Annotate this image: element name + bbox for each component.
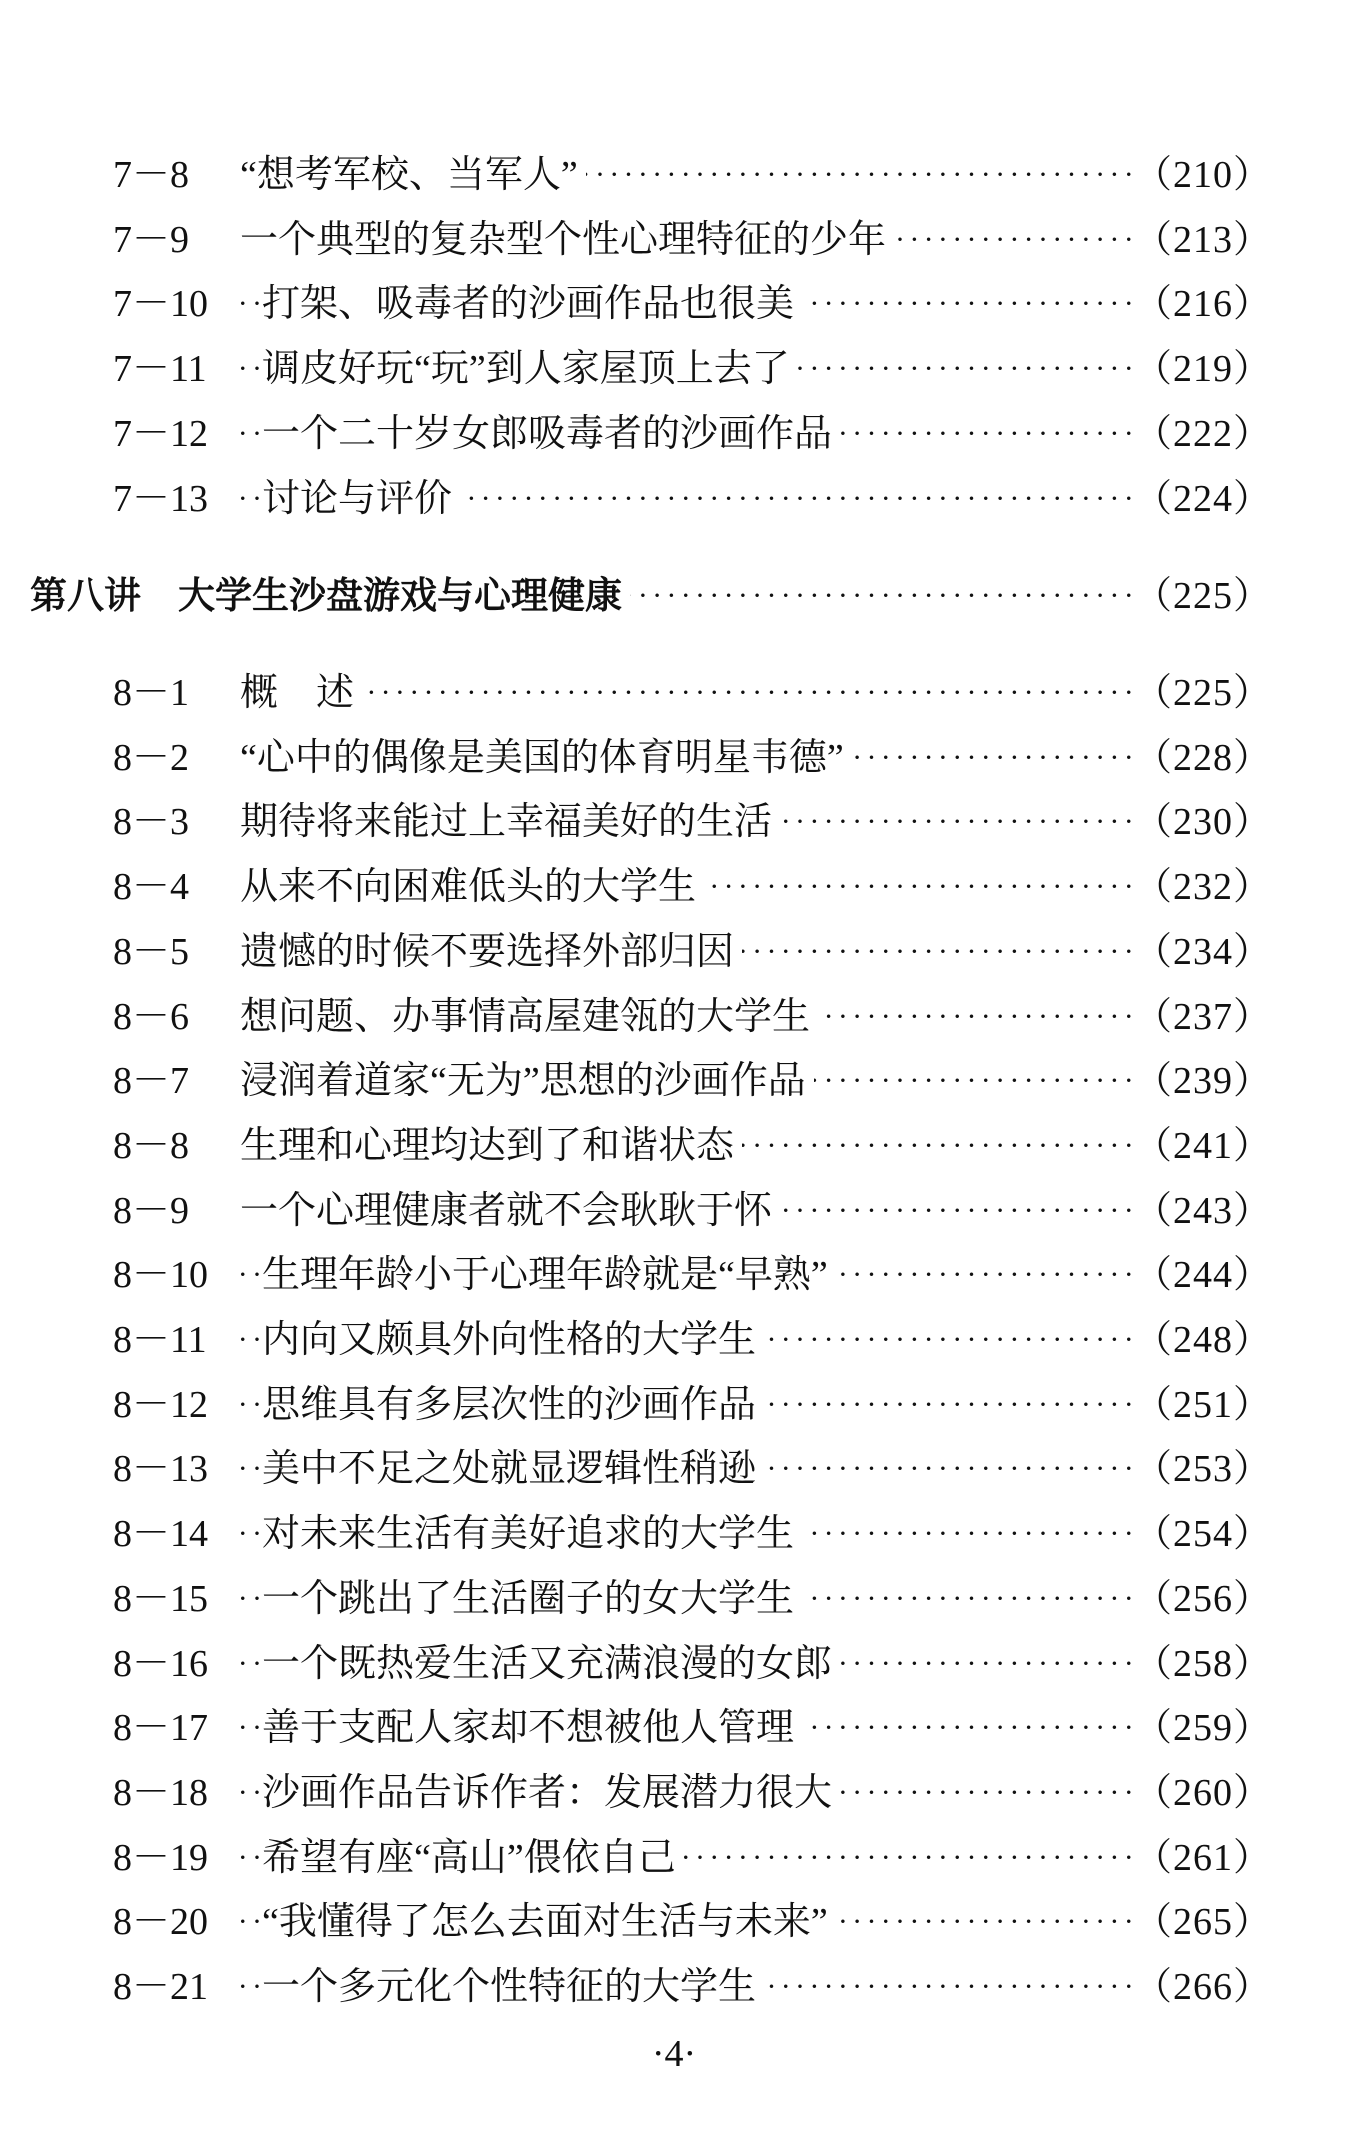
page-ref: （241） [1134,1124,1272,1168]
section-number: 8－17 [113,1706,208,1750]
section-title: 想问题、办事情高屋建瓴的大学生 [240,995,818,1039]
toc-entry[interactable]: 8－8·····································… [0,1116,1348,1176]
page-ref: （254） [1134,1512,1272,1556]
page-ref: （248） [1134,1318,1272,1362]
page-ref: （239） [1134,1059,1272,1103]
section-title: 从来不向困难低头的大学生 [240,865,704,909]
section-number: 7－12 [113,412,208,456]
page-ref: （244） [1134,1253,1272,1297]
page-ref: （256） [1134,1577,1272,1621]
section-number: 8－9 [113,1189,189,1233]
section-title: 一个多元化个性特征的大学生 [262,1965,764,2009]
toc-entry[interactable]: 8－3·····································… [0,792,1348,852]
toc-entry[interactable]: 8－19····································… [0,1828,1348,1888]
dot-leader: ········································… [240,671,1138,715]
toc-entry[interactable]: 8－4·····································… [0,857,1348,917]
section-number: 8－18 [113,1771,208,1815]
section-number: 7－8 [113,153,189,197]
section-title: 一个跳出了生活圈子的女大学生 [262,1577,802,1621]
toc-entry[interactable]: 8－5·····································… [0,922,1348,982]
toc-entry[interactable]: 8－13····································… [0,1439,1348,1499]
page-ref: （216） [1134,282,1272,326]
section-number: 8－13 [113,1447,208,1491]
section-title: 打架、吸毒者的沙画作品也很美 [262,282,802,326]
page-ref: （259） [1134,1706,1272,1750]
section-title: 美中不足之处就显逻辑性稍逊 [262,1447,764,1491]
page-ref: （222） [1134,412,1272,456]
section-number: 8－8 [113,1124,189,1168]
section-title: 一个既热爱生活又充满浪漫的女郎 [262,1642,840,1686]
section-number: 7－13 [113,477,208,521]
toc-entry[interactable]: 7－8·····································… [0,145,1348,205]
section-title: 希望有座“高山”偎依自己 [262,1836,684,1880]
toc-entry[interactable]: 7－10····································… [0,274,1348,334]
section-title: 期待将来能过上幸福美好的生活 [240,800,780,844]
toc-chapter-heading[interactable]: ········································… [0,566,1348,626]
section-number: 8－10 [113,1253,208,1297]
page-ref: （258） [1134,1642,1272,1686]
toc-entry[interactable]: 8－7·····································… [0,1051,1348,1111]
section-number: 7－11 [113,347,207,391]
toc-entry[interactable]: 8－18····································… [0,1763,1348,1823]
toc-entry[interactable]: 8－9·····································… [0,1181,1348,1241]
section-number: 8－20 [113,1900,208,1944]
section-number: 8－3 [113,800,189,844]
section-title: 一个典型的复杂型个性心理特征的少年 [240,218,894,262]
toc-entry[interactable]: 7－9·····································… [0,210,1348,270]
section-title: “心中的偶像是美国的体育明星韦德” [240,736,852,780]
toc-entry[interactable]: 8－21····································… [0,1957,1348,2017]
section-number: 8－2 [113,736,189,780]
page-ref: （224） [1134,477,1272,521]
page-ref: （266） [1134,1965,1272,2009]
toc-entry[interactable]: 8－10····································… [0,1245,1348,1305]
section-title: 浸润着道家“无为”思想的沙画作品 [240,1059,814,1103]
section-number: 8－12 [113,1383,208,1427]
section-title: 概 述 [240,671,362,715]
section-title: 一个心理健康者就不会耿耿于怀 [240,1189,780,1233]
section-number: 7－10 [113,282,208,326]
page-ref: （261） [1134,1836,1272,1880]
section-title: “我懂得了怎么去面对生活与未来” [262,1900,836,1944]
section-number: 8－21 [113,1965,208,2009]
section-title: 善于支配人家却不想被他人管理 [262,1706,802,1750]
toc-entry[interactable]: 7－13····································… [0,469,1348,529]
section-title: 内向又颇具外向性格的大学生 [262,1318,764,1362]
section-title: 思维具有多层次性的沙画作品 [262,1383,764,1427]
page-ref: （228） [1134,736,1272,780]
page-ref: （251） [1134,1383,1272,1427]
section-title: 遗憾的时候不要选择外部归因 [240,930,742,974]
page-number: ·4· [0,2032,1348,2076]
page-ref: （230） [1134,800,1272,844]
toc-entry[interactable]: 8－2·····································… [0,728,1348,788]
page-ref: （213） [1134,218,1272,262]
section-number: 8－1 [113,671,189,715]
toc-entry[interactable]: 8－14····································… [0,1504,1348,1564]
page-ref: （232） [1134,865,1272,909]
section-title: 对未来生活有美好追求的大学生 [262,1512,802,1556]
section-number: 8－19 [113,1836,208,1880]
section-number: 8－6 [113,995,189,1039]
page-ref: （243） [1134,1189,1272,1233]
toc-entry[interactable]: 8－17····································… [0,1698,1348,1758]
section-number: 8－4 [113,865,189,909]
section-title: 生理和心理均达到了和谐状态 [240,1124,742,1168]
section-title: “想考军校、当军人” [240,153,586,197]
toc-entry[interactable]: 8－1·····································… [0,663,1348,723]
page-ref: （210） [1134,153,1272,197]
section-number: 8－5 [113,930,189,974]
toc-entry[interactable]: 7－11····································… [0,339,1348,399]
section-number: 8－16 [113,1642,208,1686]
section-title: 沙画作品告诉作者：发展潜力很大 [262,1771,840,1815]
section-title: 一个二十岁女郎吸毒者的沙画作品 [262,412,840,456]
page-ref: （234） [1134,930,1272,974]
section-number: 8－15 [113,1577,208,1621]
section-number: 8－11 [113,1318,207,1362]
page-ref: （225） [1134,574,1272,618]
page-ref: （225） [1134,671,1272,715]
section-number: 8－7 [113,1059,189,1103]
toc-entry[interactable]: 8－16····································… [0,1634,1348,1694]
toc-entry[interactable]: 8－15····································… [0,1569,1348,1629]
chapter-title: 第八讲 大学生沙盘游戏与心理健康 [30,574,630,618]
page-ref: （260） [1134,1771,1272,1815]
page-ref: （253） [1134,1447,1272,1491]
toc-entry[interactable]: 8－20····································… [0,1892,1348,1952]
toc-entry[interactable]: 8－12····································… [0,1375,1348,1435]
toc-entry[interactable]: 8－6·····································… [0,987,1348,1047]
section-title: 调皮好玩“玩”到人家屋顶上去了 [262,347,798,391]
section-number: 8－14 [113,1512,208,1556]
toc-entry[interactable]: 8－11····································… [0,1310,1348,1370]
section-title: 生理年龄小于心理年龄就是“早熟” [262,1253,836,1297]
page-ref: （237） [1134,995,1272,1039]
section-title: 讨论与评价 [262,477,460,521]
page-ref: （219） [1134,347,1272,391]
page-ref: （265） [1134,1900,1272,1944]
section-number: 7－9 [113,218,189,262]
toc-entry[interactable]: 7－12····································… [0,404,1348,464]
